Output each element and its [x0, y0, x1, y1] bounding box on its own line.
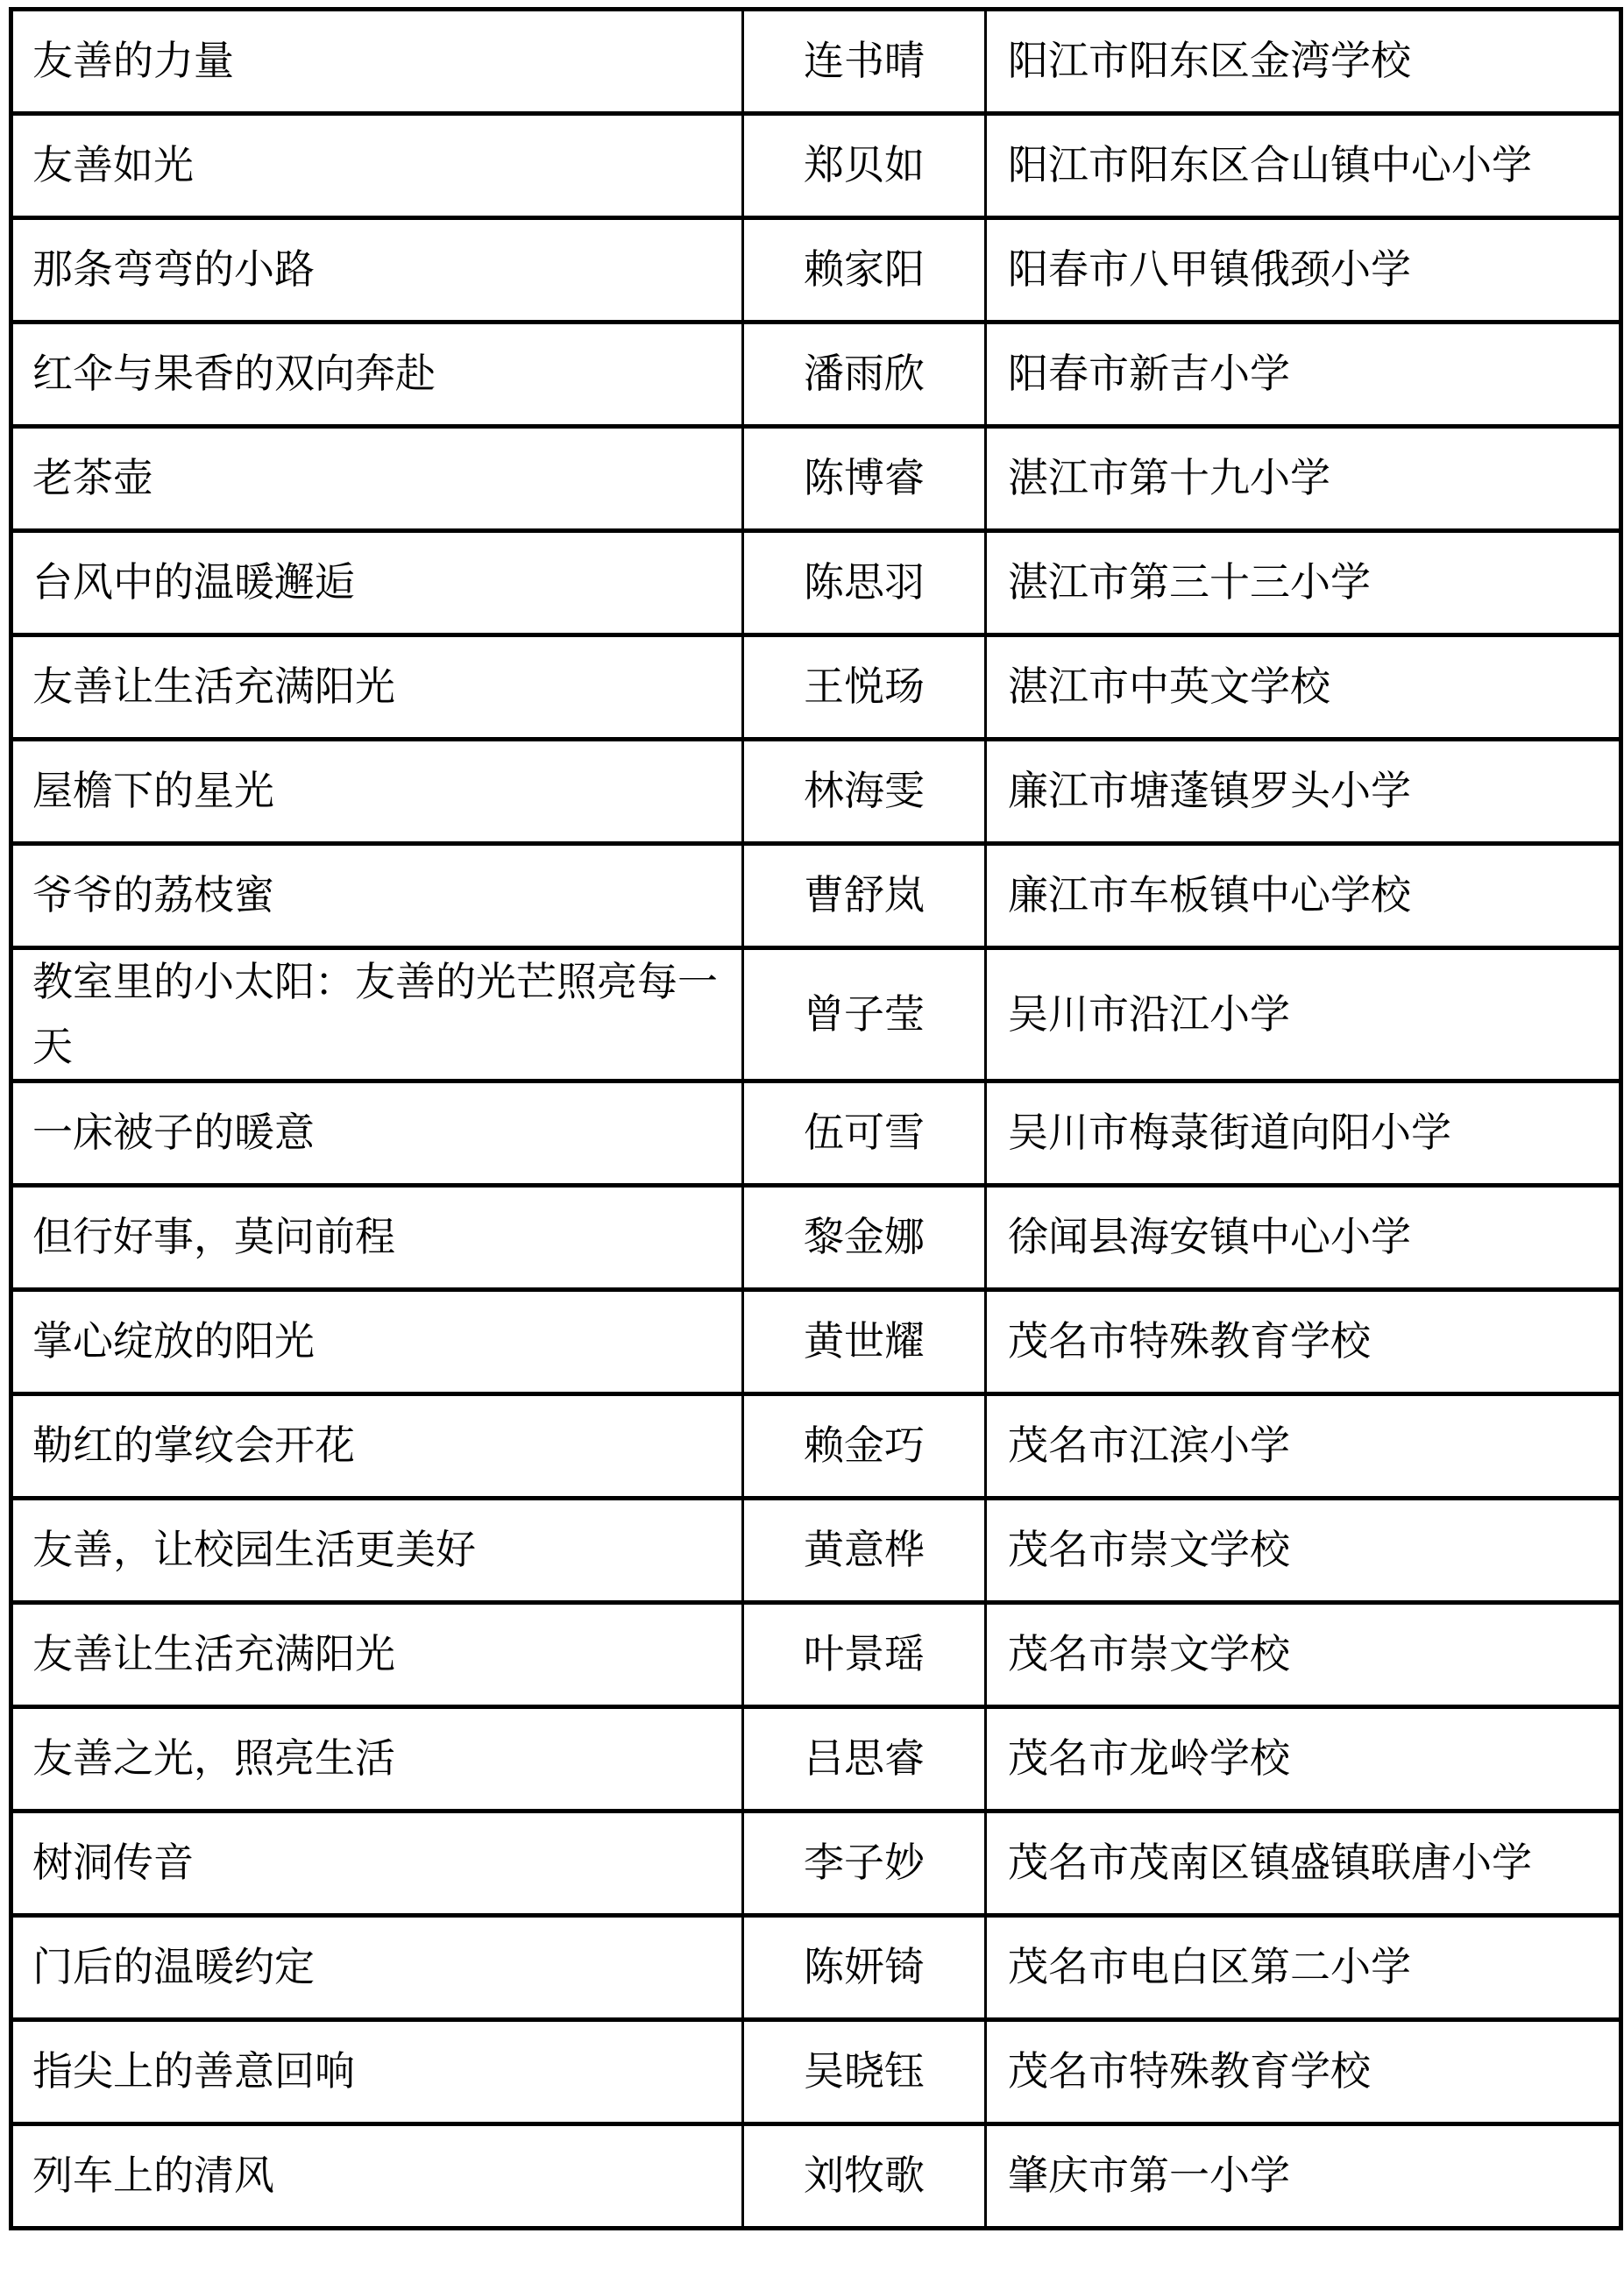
table-row: 台风中的温暖邂逅 陈思羽 湛江市第三十三小学: [11, 531, 1621, 635]
school-cell: 廉江市塘蓬镇罗头小学: [986, 740, 1621, 844]
student-name-cell: 曹舒岚: [743, 844, 986, 948]
school-cell: 阳春市八甲镇俄颈小学: [986, 218, 1621, 323]
essay-title-cell: 列车上的清风: [11, 2124, 743, 2229]
table-row: 门后的温暖约定 陈妍锜 茂名市电白区第二小学: [11, 1916, 1621, 2020]
table-row: 友善的力量 连书晴 阳江市阳东区金湾学校: [11, 10, 1621, 114]
essay-title-cell: 友善让生活充满阳光: [11, 1603, 743, 1707]
essay-title-cell: 爷爷的荔枝蜜: [11, 844, 743, 948]
school-cell: 茂名市龙岭学校: [986, 1707, 1621, 1812]
document-page: 友善的力量 连书晴 阳江市阳东区金湾学校 友善如光 郑贝如 阳江市阳东区合山镇中…: [0, 0, 1624, 2283]
school-cell: 徐闻县海安镇中心小学: [986, 1186, 1621, 1290]
student-name-cell: 黎金娜: [743, 1186, 986, 1290]
table-row: 树洞传音 李子妙 茂名市茂南区镇盛镇联唐小学: [11, 1812, 1621, 1916]
student-name-cell: 潘雨欣: [743, 323, 986, 427]
table-row: 友善，让校园生活更美好 黄意桦 茂名市崇文学校: [11, 1499, 1621, 1603]
table-row: 友善如光 郑贝如 阳江市阳东区合山镇中心小学: [11, 114, 1621, 218]
essay-title-cell: 掌心绽放的阳光: [11, 1290, 743, 1394]
essay-title-cell: 友善，让校园生活更美好: [11, 1499, 743, 1603]
essay-title-cell: 指尖上的善意回响: [11, 2020, 743, 2124]
essay-title-cell: 友善如光: [11, 114, 743, 218]
essay-title-cell: 友善之光，照亮生活: [11, 1707, 743, 1812]
student-name-cell: 刘牧歌: [743, 2124, 986, 2229]
essay-title-cell: 老茶壶: [11, 427, 743, 531]
student-name-cell: 赖金巧: [743, 1394, 986, 1499]
table-row: 红伞与果香的双向奔赴 潘雨欣 阳春市新吉小学: [11, 323, 1621, 427]
essay-title-cell: 但行好事，莫问前程: [11, 1186, 743, 1290]
school-cell: 阳春市新吉小学: [986, 323, 1621, 427]
student-name-cell: 陈妍锜: [743, 1916, 986, 2020]
table-row: 教室里的小太阳：友善的光芒照亮每一天 曾子莹 吴川市沿江小学: [11, 948, 1621, 1081]
table-row: 勒红的掌纹会开花 赖金巧 茂名市江滨小学: [11, 1394, 1621, 1499]
school-cell: 吴川市梅菉街道向阳小学: [986, 1081, 1621, 1186]
table-row: 友善让生活充满阳光 叶景瑶 茂名市崇文学校: [11, 1603, 1621, 1707]
essay-title-cell: 门后的温暖约定: [11, 1916, 743, 2020]
student-name-cell: 叶景瑶: [743, 1603, 986, 1707]
essay-title-cell: 友善的力量: [11, 10, 743, 114]
school-cell: 阳江市阳东区金湾学校: [986, 10, 1621, 114]
essay-title-cell: 红伞与果香的双向奔赴: [11, 323, 743, 427]
school-cell: 茂名市崇文学校: [986, 1603, 1621, 1707]
essay-title-cell: 台风中的温暖邂逅: [11, 531, 743, 635]
essay-title-cell: 教室里的小太阳：友善的光芒照亮每一天: [11, 948, 743, 1081]
school-cell: 吴川市沿江小学: [986, 948, 1621, 1081]
table-row: 列车上的清风 刘牧歌 肇庆市第一小学: [11, 2124, 1621, 2229]
student-name-cell: 李子妙: [743, 1812, 986, 1916]
student-name-cell: 郑贝如: [743, 114, 986, 218]
table-row: 但行好事，莫问前程 黎金娜 徐闻县海安镇中心小学: [11, 1186, 1621, 1290]
essay-title-cell: 那条弯弯的小路: [11, 218, 743, 323]
student-name-cell: 吕思睿: [743, 1707, 986, 1812]
student-name-cell: 陈博睿: [743, 427, 986, 531]
school-cell: 廉江市车板镇中心学校: [986, 844, 1621, 948]
school-cell: 茂名市特殊教育学校: [986, 2020, 1621, 2124]
student-name-cell: 林海雯: [743, 740, 986, 844]
essay-title-cell: 屋檐下的星光: [11, 740, 743, 844]
student-name-cell: 王悦玚: [743, 635, 986, 740]
school-cell: 茂名市特殊教育学校: [986, 1290, 1621, 1394]
school-cell: 茂名市江滨小学: [986, 1394, 1621, 1499]
school-cell: 茂名市崇文学校: [986, 1499, 1621, 1603]
essay-title-cell: 友善让生活充满阳光: [11, 635, 743, 740]
table-row: 老茶壶 陈博睿 湛江市第十九小学: [11, 427, 1621, 531]
table-row: 友善让生活充满阳光 王悦玚 湛江市中英文学校: [11, 635, 1621, 740]
school-cell: 茂名市茂南区镇盛镇联唐小学: [986, 1812, 1621, 1916]
table-row: 友善之光，照亮生活 吕思睿 茂名市龙岭学校: [11, 1707, 1621, 1812]
table-row: 指尖上的善意回响 吴晓钰 茂名市特殊教育学校: [11, 2020, 1621, 2124]
student-name-cell: 曾子莹: [743, 948, 986, 1081]
school-cell: 湛江市中英文学校: [986, 635, 1621, 740]
student-name-cell: 吴晓钰: [743, 2020, 986, 2124]
student-name-cell: 黄意桦: [743, 1499, 986, 1603]
essay-title-cell: 一床被子的暖意: [11, 1081, 743, 1186]
school-cell: 湛江市第十九小学: [986, 427, 1621, 531]
school-cell: 阳江市阳东区合山镇中心小学: [986, 114, 1621, 218]
award-list-table: 友善的力量 连书晴 阳江市阳东区金湾学校 友善如光 郑贝如 阳江市阳东区合山镇中…: [9, 7, 1623, 2230]
school-cell: 湛江市第三十三小学: [986, 531, 1621, 635]
student-name-cell: 连书晴: [743, 10, 986, 114]
table-row: 掌心绽放的阳光 黄世耀 茂名市特殊教育学校: [11, 1290, 1621, 1394]
student-name-cell: 伍可雪: [743, 1081, 986, 1186]
essay-title-cell: 树洞传音: [11, 1812, 743, 1916]
essay-title-cell: 勒红的掌纹会开花: [11, 1394, 743, 1499]
school-cell: 茂名市电白区第二小学: [986, 1916, 1621, 2020]
student-name-cell: 黄世耀: [743, 1290, 986, 1394]
table-row: 爷爷的荔枝蜜 曹舒岚 廉江市车板镇中心学校: [11, 844, 1621, 948]
table-row: 屋檐下的星光 林海雯 廉江市塘蓬镇罗头小学: [11, 740, 1621, 844]
table-row: 那条弯弯的小路 赖家阳 阳春市八甲镇俄颈小学: [11, 218, 1621, 323]
school-cell: 肇庆市第一小学: [986, 2124, 1621, 2229]
table-row: 一床被子的暖意 伍可雪 吴川市梅菉街道向阳小学: [11, 1081, 1621, 1186]
student-name-cell: 陈思羽: [743, 531, 986, 635]
student-name-cell: 赖家阳: [743, 218, 986, 323]
